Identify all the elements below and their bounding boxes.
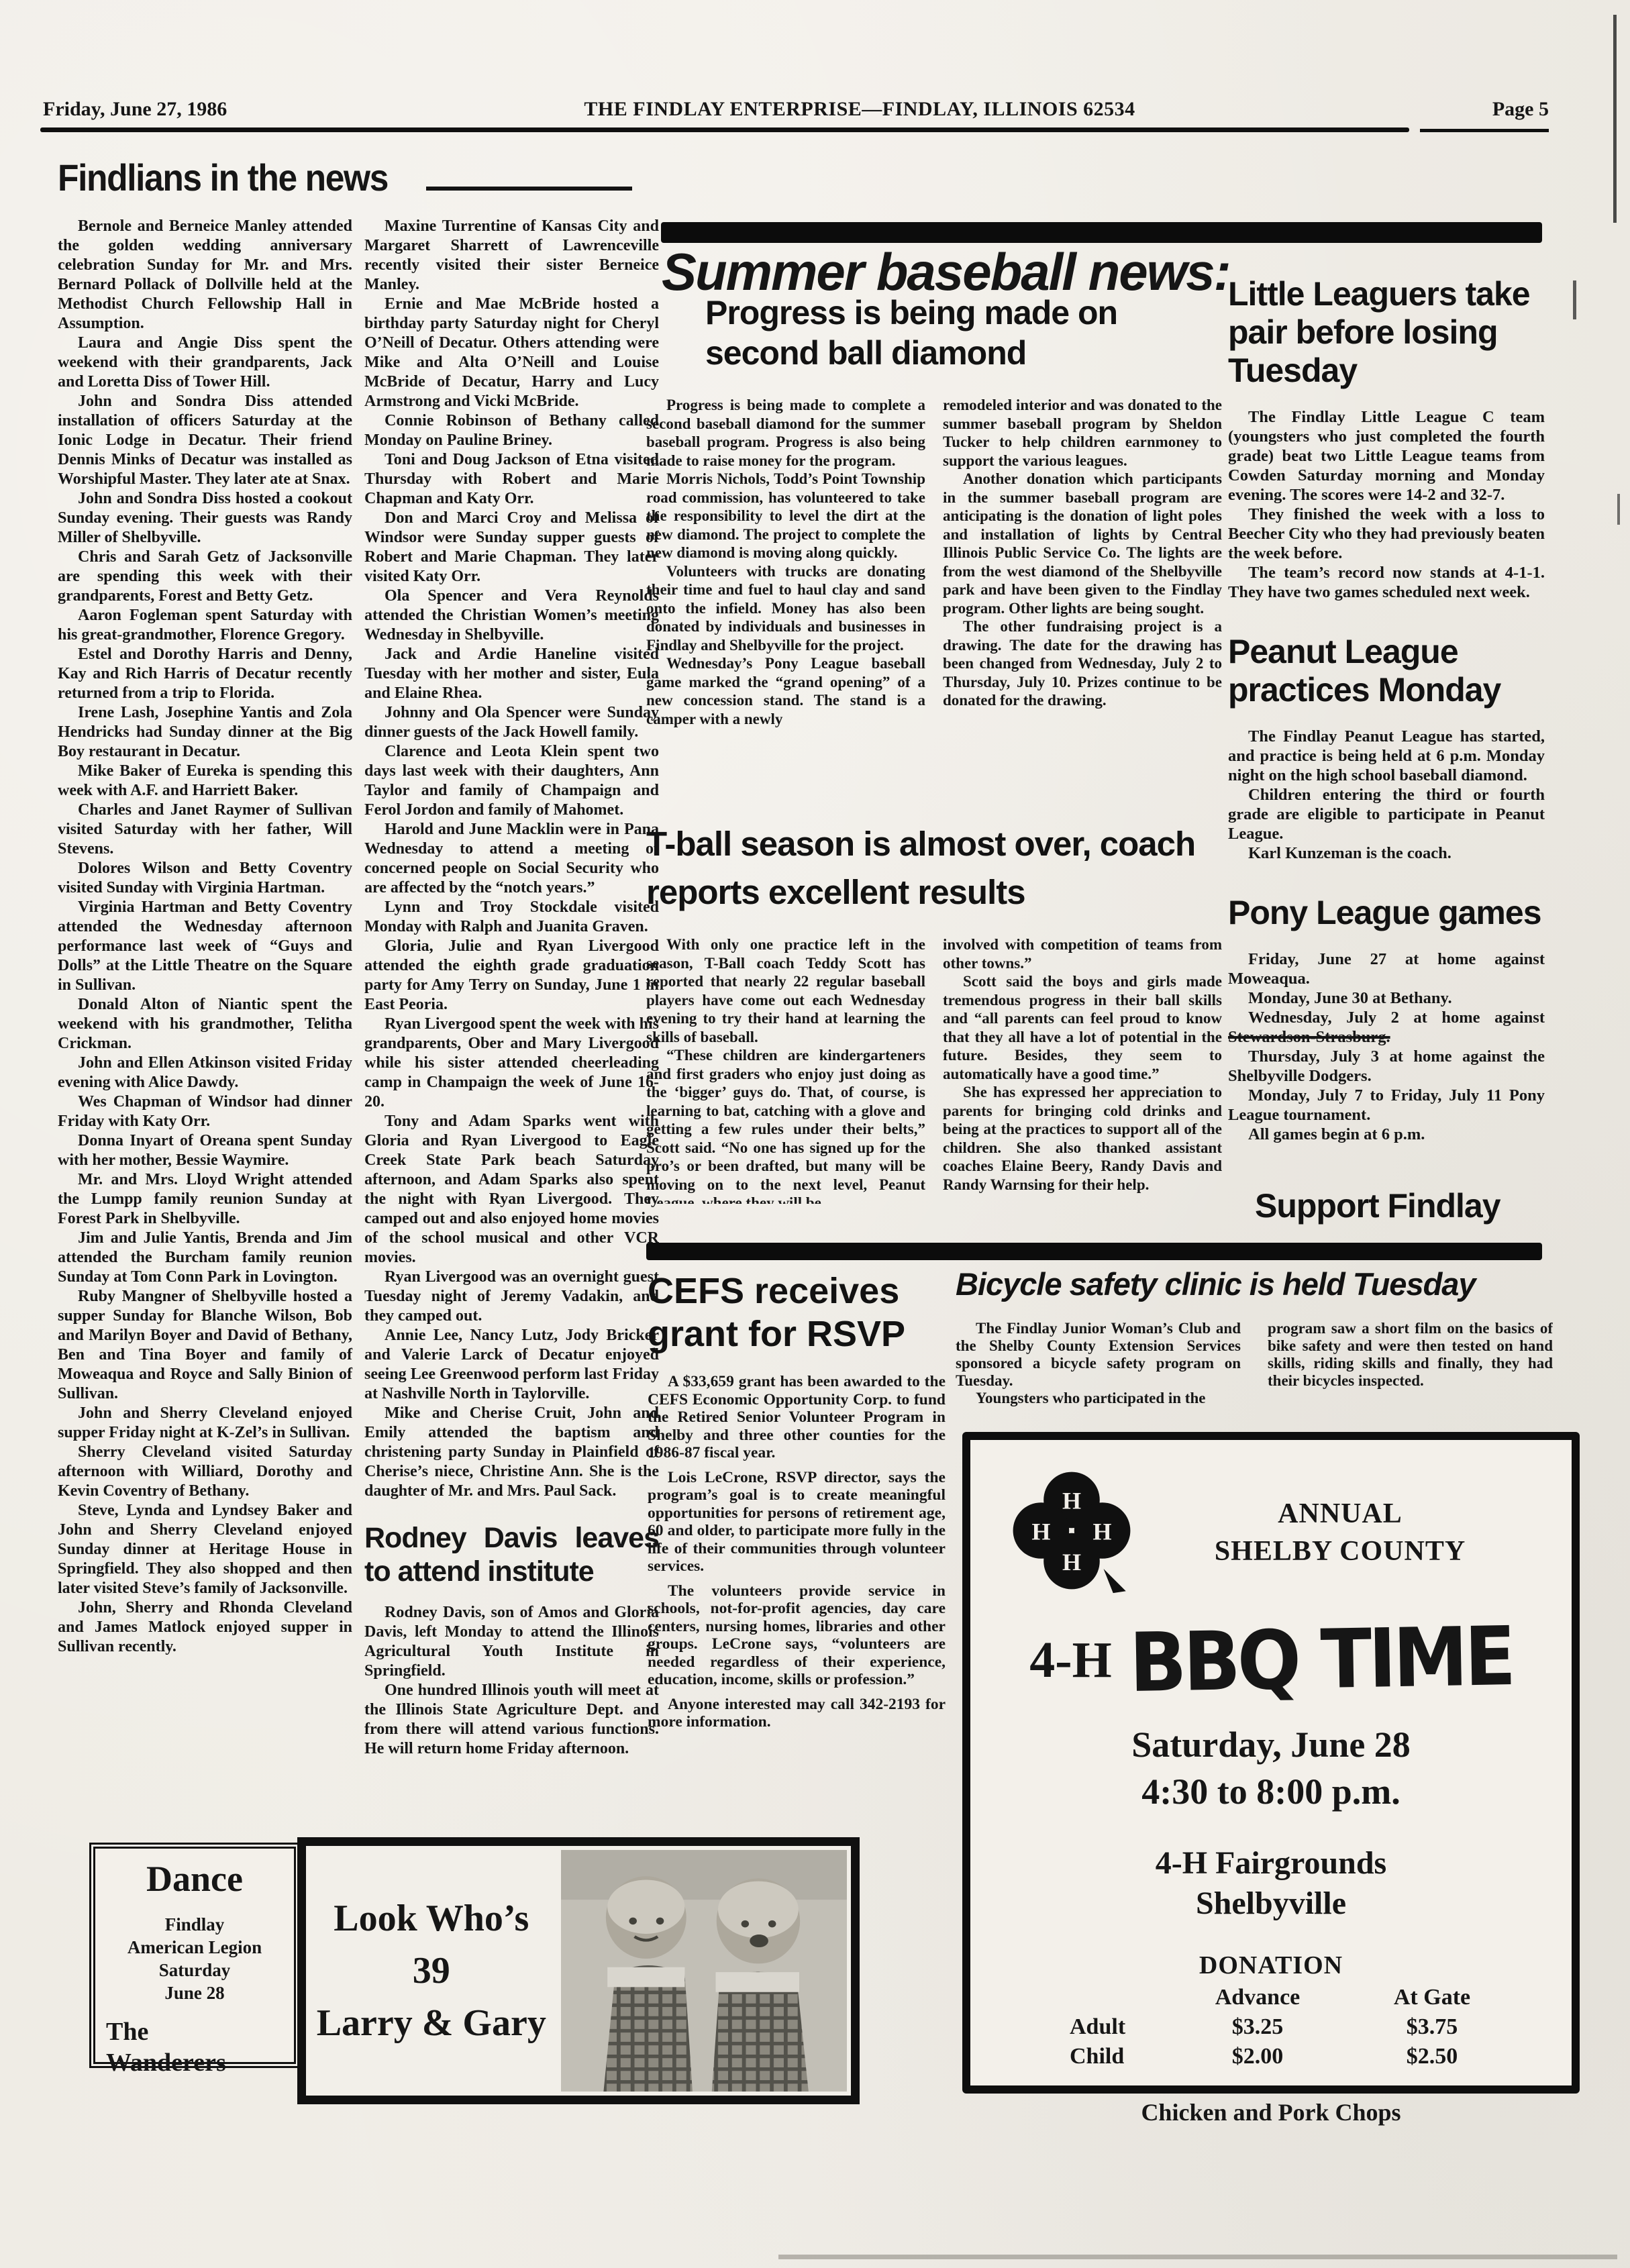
bbq-child-gate: $2.50 <box>1345 2042 1519 2071</box>
paragraph: Bernole and Berneice Manley attended the… <box>58 217 352 333</box>
paragraph: Thursday, July 3 at home against the She… <box>1228 1047 1545 1086</box>
bbq-donation-heading: DONATION <box>970 1951 1572 1980</box>
bbq-menu: Chicken and Pork Chops <box>970 2098 1572 2126</box>
paragraph: Lynn and Troy Stockdale visited Monday w… <box>364 898 659 937</box>
paragraph: “These children are kindergarteners and … <box>646 1046 925 1204</box>
bbq-price-table: Advance At Gate Adult $3.25 $3.75 Child … <box>1023 1983 1519 2071</box>
dance-ad-title: Dance <box>95 1858 294 1900</box>
paragraph: Monday, June 30 at Bethany. <box>1228 988 1545 1008</box>
pony-struck-line-pre: Wednesday, July 2 at home against <box>1248 1009 1545 1027</box>
paragraph: The Findlay Junior Woman’s Club and the … <box>956 1320 1241 1390</box>
paragraph: John and Sherry Cleveland enjoyed supper… <box>58 1404 352 1443</box>
rodney-davis-headline: Rodney Davis leaves to attend institute <box>364 1521 659 1588</box>
scan-artifact <box>1617 494 1620 525</box>
paragraph: Chris and Sarah Getz of Jacksonville are… <box>58 548 352 606</box>
dance-venue-line: June 28 <box>95 1981 294 2004</box>
header-rule <box>40 127 1409 132</box>
paragraph: Anyone interested may call 342-2193 for … <box>648 1696 946 1731</box>
bbq-fairgrounds: 4-H Fairgrounds <box>970 1843 1572 1884</box>
paragraph: Connie Robinson of Bethany called Monday… <box>364 411 659 450</box>
bbq-ad: H H H H ANNUAL SHELBY COUNTY 4-H BBQ TIM… <box>962 1432 1580 2094</box>
pony-struck-line: Wednesday, July 2 at home against Stewar… <box>1228 1008 1545 1047</box>
findlians-column-2: Maxine Turrentine of Kansas City and Mar… <box>364 217 659 1885</box>
bbq-4h-label: 4-H <box>1029 1631 1111 1690</box>
findlians-section: Findlians in the news Bernole and Bernei… <box>58 156 659 1885</box>
tball-article: T-ball season is almost over, coach repo… <box>646 820 1222 1204</box>
dance-venue-line: Saturday <box>95 1959 294 1981</box>
paragraph: Ola Spencer and Vera Reynolds attended t… <box>364 586 659 645</box>
birthday-line2: 39 <box>413 1945 450 1997</box>
bbq-adult-gate: $3.75 <box>1345 2012 1519 2042</box>
dance-venue-line: Findlay <box>95 1913 294 1936</box>
bbq-location: 4-H Fairgrounds Shelbyville <box>970 1843 1572 1924</box>
birthday-ad: Look Who’s 39 Larry & Gary <box>297 1837 860 2104</box>
progress-col-a: Progress is being made to complete a sec… <box>646 396 925 798</box>
paragraph: Donna Inyart of Oreana spent Sunday with… <box>58 1131 352 1170</box>
paragraph: Mike Baker of Eureka is spending this we… <box>58 762 352 801</box>
dance-band-line1: The <box>106 2016 294 2047</box>
progress-article: Progress is being made on second ball di… <box>646 293 1222 798</box>
paragraph: Maxine Turrentine of Kansas City and Mar… <box>364 217 659 295</box>
little-leaguers-body: The Findlay Little League C team (youngs… <box>1228 407 1545 602</box>
paragraph: Wednesday’s Pony League baseball game ma… <box>646 654 925 728</box>
paragraph: One hundred Illinois youth will meet at … <box>364 1681 659 1759</box>
findlians-title: Findlians in the news <box>58 156 388 199</box>
paragraph: Ernie and Mae McBride hosted a birthday … <box>364 295 659 411</box>
paragraph: Tony and Adam Sparks went with Gloria an… <box>364 1112 659 1268</box>
paper-title: THE FINDLAY ENTERPRISE—FINDLAY, ILLINOIS… <box>227 98 1492 121</box>
paragraph: Jim and Julie Yantis, Brenda and Jim att… <box>58 1229 352 1287</box>
scan-artifact <box>1613 15 1617 223</box>
progress-col-b: remodeled interior and was donated to th… <box>943 396 1222 798</box>
paragraph: Gloria, Julie and Ryan Livergood attende… <box>364 937 659 1015</box>
paragraph: Sherry Cleveland visited Saturday aftern… <box>58 1443 352 1501</box>
paragraph: program saw a short film on the basics o… <box>1268 1320 1553 1390</box>
paragraph: Virginia Hartman and Betty Coventry atte… <box>58 898 352 995</box>
little-leaguers-headline: Little Leaguers take pair before losing … <box>1228 275 1545 390</box>
paragraph: Donald Alton of Niantic spent the weeken… <box>58 995 352 1053</box>
bbq-annual-word: ANNUAL <box>1135 1495 1545 1533</box>
paragraph: The other fundraising project is a drawi… <box>943 617 1222 710</box>
pony-struck-opponent: Stewardson-Strasburg. <box>1228 1028 1390 1046</box>
bbq-county-word: SHELBY COUNTY <box>1135 1533 1545 1570</box>
paragraph: Scott said the boys and girls made treme… <box>943 972 1222 1083</box>
bbq-annual-label: ANNUAL SHELBY COUNTY <box>1135 1495 1545 1570</box>
paragraph: They finished the week with a loss to Be… <box>1228 505 1545 563</box>
bbq-row-label: Child <box>1023 2042 1170 2071</box>
paragraph: A $33,659 grant has been awarded to the … <box>648 1373 946 1462</box>
bbq-time-label: BBQ TIME <box>1129 1610 1513 1710</box>
paragraph: Ryan Livergood spent the week with his g… <box>364 1015 659 1112</box>
pony-lines-after: Thursday, July 3 at home against the She… <box>1228 1047 1545 1144</box>
paragraph: Ruby Mangner of Shelbyville hosted a sup… <box>58 1287 352 1404</box>
paragraph: Annie Lee, Nancy Lutz, Jody Bricker and … <box>364 1326 659 1404</box>
bbq-city: Shelbyville <box>970 1884 1572 1924</box>
paragraph: The team’s record now stands at 4-1-1. T… <box>1228 563 1545 602</box>
paragraph: Progress is being made to complete a sec… <box>646 396 925 470</box>
mid-divider-bar <box>646 1243 1542 1260</box>
issue-date: Friday, June 27, 1986 <box>43 98 227 121</box>
peanut-league-headline: Peanut League practices Monday <box>1228 633 1545 709</box>
bbq-row-label: Adult <box>1023 2012 1170 2042</box>
bicycle-headline: Bicycle safety clinic is held Tuesday <box>956 1266 1553 1302</box>
twin-toddlers-photo <box>561 1850 847 2092</box>
dance-venue-line: American Legion <box>95 1936 294 1959</box>
tball-col-a: With only one practice left in the seaso… <box>646 935 925 1204</box>
page-number: Page 5 <box>1492 98 1549 121</box>
title-underline <box>426 187 632 191</box>
bbq-adult-advance: $3.25 <box>1170 2012 1345 2042</box>
paragraph: Rodney Davis, son of Amos and Gloria Dav… <box>364 1603 659 1681</box>
paragraph: She has expressed her appreciation to pa… <box>943 1083 1222 1194</box>
findlians-column-1: Bernole and Berneice Manley attended the… <box>58 217 352 1885</box>
svg-text:H: H <box>1031 1518 1050 1545</box>
paragraph: Lois LeCrone, RSVP director, says the pr… <box>648 1469 946 1576</box>
paragraph: The Findlay Little League C team (youngs… <box>1228 407 1545 505</box>
dance-ad-venue: Findlay American Legion Saturday June 28 <box>95 1913 294 2004</box>
paragraph: Dolores Wilson and Betty Coventry visite… <box>58 859 352 898</box>
pony-lines-before: Friday, June 27 at home against Moweaqua… <box>1228 949 1545 1008</box>
svg-text:H: H <box>1062 1549 1081 1576</box>
paragraph: John and Sondra Diss hosted a cookout Su… <box>58 489 352 548</box>
newspaper-page: Friday, June 27, 1986 THE FINDLAY ENTERP… <box>0 0 1630 2268</box>
paragraph: Johnny and Ola Spencer were Sunday dinne… <box>364 703 659 742</box>
paragraph: Friday, June 27 at home against Moweaqua… <box>1228 949 1545 988</box>
paragraph: John, Sherry and Rhonda Cleveland and Ja… <box>58 1598 352 1657</box>
paragraph: Charles and Janet Raymer of Sullivan vis… <box>58 801 352 859</box>
section-divider-bar <box>661 222 1542 243</box>
baseball-right-rail: Little Leaguers take pair before losing … <box>1228 275 1545 1225</box>
paragraph: Another donation which participants in t… <box>943 470 1222 617</box>
paragraph: John and Sondra Diss attended installati… <box>58 392 352 489</box>
paragraph: Steve, Lynda and Lyndsey Baker and John … <box>58 1501 352 1598</box>
paragraph: Mike and Cherise Cruit, John and Emily a… <box>364 1404 659 1501</box>
paragraph: Clarence and Leota Klein spent two days … <box>364 742 659 820</box>
bbq-child-advance: $2.00 <box>1170 2042 1345 2071</box>
paragraph: Laura and Angie Diss spent the weekend w… <box>58 333 352 392</box>
paragraph: The Findlay Peanut League has started, a… <box>1228 727 1545 785</box>
scan-artifact <box>1573 280 1576 319</box>
peanut-league-body: The Findlay Peanut League has started, a… <box>1228 727 1545 863</box>
pony-league-headline: Pony League games <box>1228 894 1545 932</box>
bbq-hours: 4:30 to 8:00 p.m. <box>970 1771 1572 1812</box>
bbq-advance-header: Advance <box>1170 1983 1345 2012</box>
svg-text:H: H <box>1093 1518 1112 1545</box>
paragraph: Youngsters who participated in the <box>956 1390 1241 1407</box>
paragraph: Karl Kunzeman is the coach. <box>1228 843 1545 863</box>
paragraph: Estel and Dorothy Harris and Denny, Kay … <box>58 645 352 703</box>
birthday-line3: Larry & Gary <box>317 1997 546 2049</box>
bbq-gate-header: At Gate <box>1345 1983 1519 2012</box>
masthead: Friday, June 27, 1986 THE FINDLAY ENTERP… <box>43 98 1549 121</box>
birthday-line1: Look Who’s <box>334 1892 529 1945</box>
progress-headline: Progress is being made on second ball di… <box>705 293 1135 373</box>
paragraph: Morris Nichols, Todd’s Point Township ro… <box>646 470 925 562</box>
paragraph: Aaron Fogleman spent Saturday with his g… <box>58 606 352 645</box>
pony-league-body: Friday, June 27 at home against Moweaqua… <box>1228 949 1545 1144</box>
support-findlay-headline: Support Findlay <box>1228 1187 1545 1225</box>
paragraph: Irene Lash, Josephine Yantis and Zola He… <box>58 703 352 762</box>
paragraph: remodeled interior and was donated to th… <box>943 396 1222 470</box>
paragraph: Mr. and Mrs. Lloyd Wright attended the L… <box>58 1170 352 1229</box>
cefs-headline: CEFS receives grant for RSVP <box>648 1270 946 1355</box>
paragraph: Volunteers with trucks are donating thei… <box>646 562 925 655</box>
dance-band-name: The Wanderers <box>95 2016 294 2078</box>
paragraph: With only one practice left in the seaso… <box>646 935 925 1046</box>
paragraph: Ryan Livergood was an overnight guest Tu… <box>364 1268 659 1326</box>
paragraph: involved with competition of teams from … <box>943 935 1222 972</box>
paragraph: The volunteers provide service in school… <box>648 1582 946 1689</box>
four-h-clover-icon: H H H H <box>1008 1467 1135 1598</box>
cefs-article: CEFS receives grant for RSVP A $33,659 g… <box>648 1270 946 1784</box>
paragraph: Monday, July 7 to Friday, July 11 Pony L… <box>1228 1086 1545 1125</box>
tball-col-b: involved with competition of teams from … <box>943 935 1222 1204</box>
findlians-column-2-items: Maxine Turrentine of Kansas City and Mar… <box>364 217 659 1501</box>
header-rule-segment <box>1420 129 1549 132</box>
scan-artifact <box>778 2255 1617 2259</box>
cefs-body: A $33,659 grant has been awarded to the … <box>648 1373 946 1784</box>
paragraph: Wes Chapman of Windsor had dinner Friday… <box>58 1092 352 1131</box>
paragraph: Children entering the third or fourth gr… <box>1228 785 1545 843</box>
bbq-date: Saturday, June 28 <box>970 1724 1572 1765</box>
dance-ad: Dance Findlay American Legion Saturday J… <box>89 1843 300 2068</box>
paragraph: John and Ellen Atkinson visited Friday e… <box>58 1053 352 1092</box>
paragraph: Harold and June Macklin were in Pana Wed… <box>364 820 659 898</box>
paragraph: All games begin at 6 p.m. <box>1228 1125 1545 1144</box>
paragraph: Don and Marci Croy and Melissa of Windso… <box>364 509 659 586</box>
paragraph: Jack and Ardie Haneline visited Tuesday … <box>364 645 659 703</box>
svg-text:H: H <box>1062 1488 1081 1514</box>
rodney-davis-body: Rodney Davis, son of Amos and Gloria Dav… <box>364 1603 659 1759</box>
dance-band-line2: Wanderers <box>106 2047 294 2078</box>
tball-headline: T-ball season is almost over, coach repo… <box>646 820 1223 917</box>
paragraph: Toni and Doug Jackson of Etna visited Th… <box>364 450 659 509</box>
